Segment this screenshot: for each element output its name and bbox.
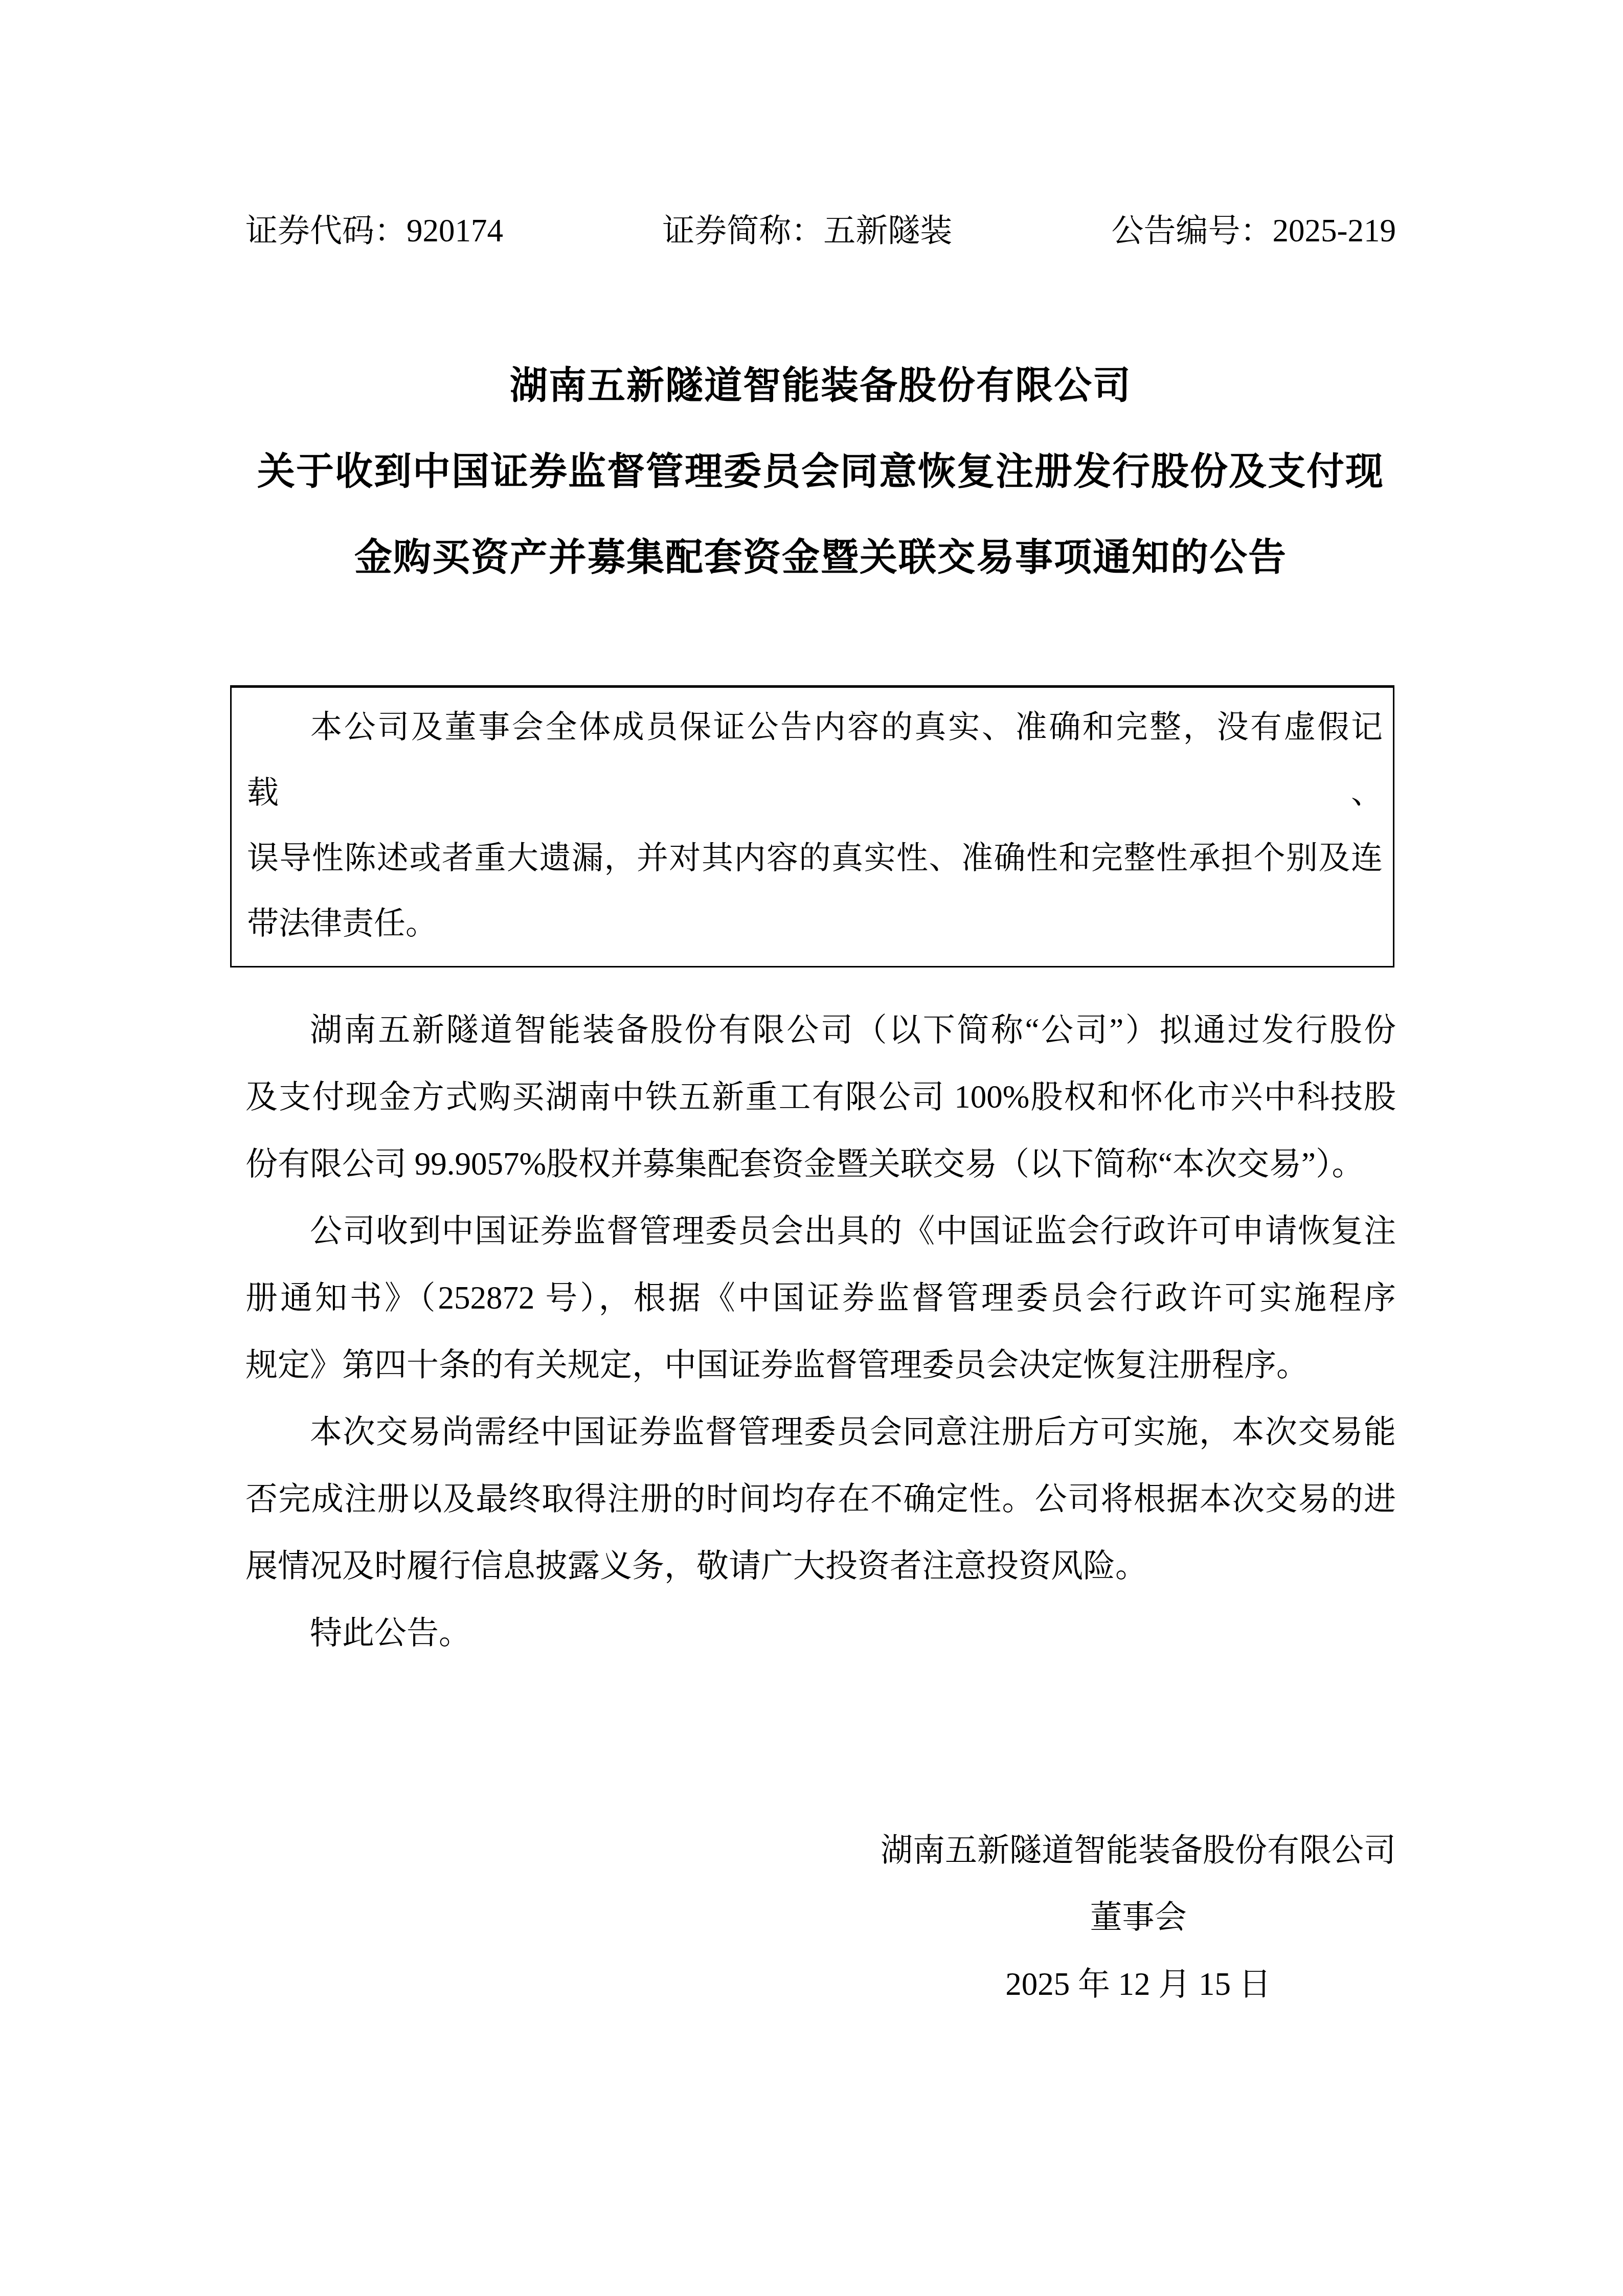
paragraph-3: 本次交易尚需经中国证券监督管理委员会同意注册后方可实施，本次交易能 否完成注册以… bbox=[245, 1399, 1396, 1600]
paragraph-2-line: 册通知书》（252872 号），根据《中国证券监督管理委员会行政许可实施程序 bbox=[245, 1265, 1396, 1332]
paragraph-3-line: 展情况及时履行信息披露义务，敬请广大投资者注意投资风险。 bbox=[245, 1533, 1396, 1600]
page-content: 证券代码：920174 证券简称：五新隧装 公告编号：2025-219 湖南五新… bbox=[0, 0, 1623, 2018]
paragraph-2-line: 公司收到中国证券监督管理委员会出具的《中国证监会行政许可申请恢复注 bbox=[245, 1198, 1396, 1265]
signature-company: 湖南五新隧道智能装备股份有限公司 bbox=[881, 1817, 1396, 1884]
disclaimer-line: 本公司及董事会全体成员保证公告内容的真实、准确和完整，没有虚假记载、 bbox=[247, 695, 1383, 826]
disclaimer-line: 误导性陈述或者重大遗漏，并对其内容的真实性、准确性和完整性承担个别及连 bbox=[247, 826, 1383, 891]
title-block: 湖南五新隧道智能装备股份有限公司 关于收到中国证券监督管理委员会同意恢复注册发行… bbox=[245, 343, 1396, 601]
signature-date: 2025 年 12 月 15 日 bbox=[881, 1951, 1396, 2018]
signature-block: 湖南五新隧道智能装备股份有限公司 董事会 2025 年 12 月 15 日 bbox=[245, 1817, 1396, 2018]
stock-code: 证券代码：920174 bbox=[245, 214, 503, 247]
paragraph-1: 湖南五新隧道智能装备股份有限公司（以下简称“公司”）拟通过发行股份 及支付现金方… bbox=[245, 997, 1396, 1198]
signature-inner: 湖南五新隧道智能装备股份有限公司 董事会 2025 年 12 月 15 日 bbox=[881, 1817, 1396, 2018]
announcement-number: 公告编号：2025-219 bbox=[1112, 214, 1396, 247]
announcement-page: 证券代码：920174 证券简称：五新隧装 公告编号：2025-219 湖南五新… bbox=[0, 0, 1623, 2296]
paragraph-3-line: 否完成注册以及最终取得注册的时间均存在不确定性。公司将根据本次交易的进 bbox=[245, 1466, 1396, 1533]
paragraph-1-line: 湖南五新隧道智能装备股份有限公司（以下简称“公司”）拟通过发行股份 bbox=[245, 997, 1396, 1064]
paragraph-1-line: 及支付现金方式购买湖南中铁五新重工有限公司 100%股权和怀化市兴中科技股 bbox=[245, 1064, 1396, 1131]
disclaimer-line: 带法律责任。 bbox=[247, 891, 1383, 957]
stock-abbr: 证券简称：五新隧装 bbox=[662, 214, 952, 247]
paragraph-2-line: 规定》第四十条的有关规定，中国证券监督管理委员会决定恢复注册程序。 bbox=[245, 1332, 1396, 1399]
disclaimer-box: 本公司及董事会全体成员保证公告内容的真实、准确和完整，没有虚假记载、 误导性陈述… bbox=[230, 685, 1394, 967]
title-subject-line-1: 关于收到中国证券监督管理委员会同意恢复注册发行股份及支付现 bbox=[245, 429, 1396, 515]
closing-line: 特此公告。 bbox=[245, 1600, 1396, 1667]
paragraph-3-line: 本次交易尚需经中国证券监督管理委员会同意注册后方可实施，本次交易能 bbox=[245, 1399, 1396, 1466]
paragraph-1-line: 份有限公司 99.9057%股权并募集配套资金暨关联交易（以下简称“本次交易”）… bbox=[245, 1131, 1396, 1198]
signature-signer: 董事会 bbox=[881, 1884, 1396, 1951]
title-subject-line-2: 金购买资产并募集配套资金暨关联交易事项通知的公告 bbox=[245, 515, 1396, 601]
title-company-line: 湖南五新隧道智能装备股份有限公司 bbox=[245, 343, 1396, 429]
paragraph-2: 公司收到中国证券监督管理委员会出具的《中国证监会行政许可申请恢复注 册通知书》（… bbox=[245, 1198, 1396, 1399]
header-row: 证券代码：920174 证券简称：五新隧装 公告编号：2025-219 bbox=[245, 214, 1396, 247]
